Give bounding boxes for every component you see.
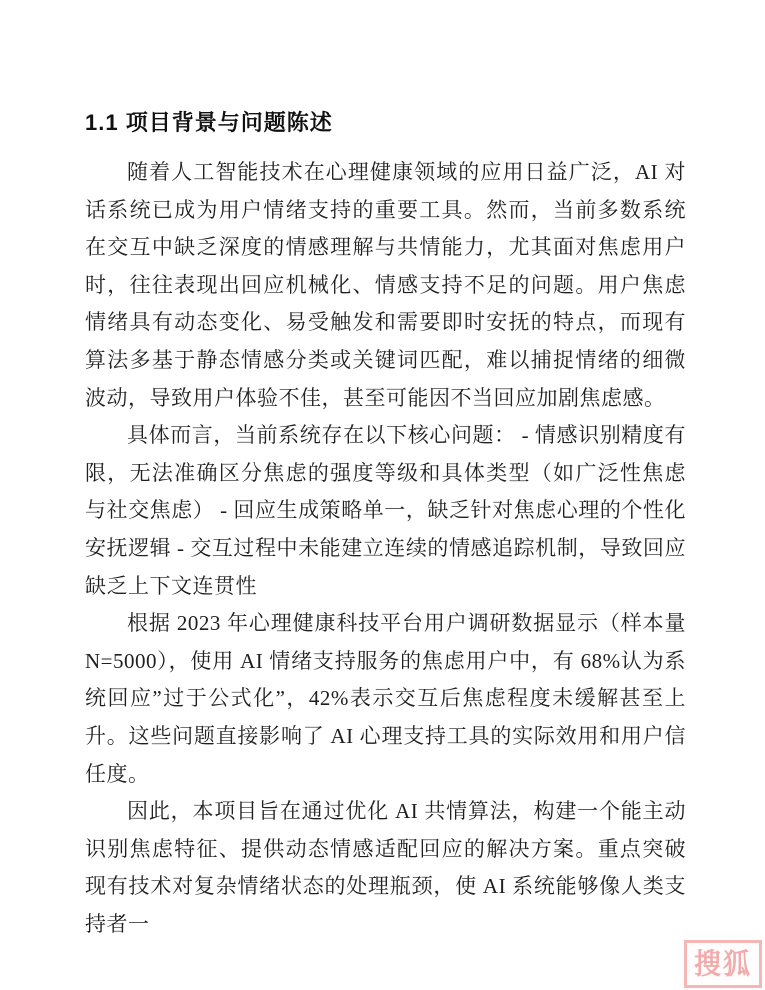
document-content: 1.1 项目背景与问题陈述 随着人工智能技术在心理健康领域的应用日益广泛，AI … xyxy=(85,106,686,943)
paragraph-survey-data: 根据 2023 年心理健康科技平台用户调研数据显示（样本量N=5000），使用 … xyxy=(85,605,686,793)
paragraph-intro: 随着人工智能技术在心理健康领域的应用日益广泛，AI 对话系统已成为用户情绪支持的… xyxy=(85,154,686,417)
paragraph-core-problems: 具体而言，当前系统存在以下核心问题： - 情感识别精度有限，无法准确区分焦虑的强… xyxy=(85,417,686,605)
document-page: 1.1 项目背景与问题陈述 随着人工智能技术在心理健康领域的应用日益广泛，AI … xyxy=(0,0,765,990)
watermark-stamp: 搜狐 xyxy=(684,940,762,988)
watermark-seal-text: 搜狐 xyxy=(694,950,752,978)
paragraph-project-goal: 因此，本项目旨在通过优化 AI 共情算法，构建一个能主动识别焦虑特征、提供动态情… xyxy=(85,793,686,943)
section-heading: 1.1 项目背景与问题陈述 xyxy=(85,106,686,137)
section-body: 随着人工智能技术在心理健康领域的应用日益广泛，AI 对话系统已成为用户情绪支持的… xyxy=(85,154,686,943)
